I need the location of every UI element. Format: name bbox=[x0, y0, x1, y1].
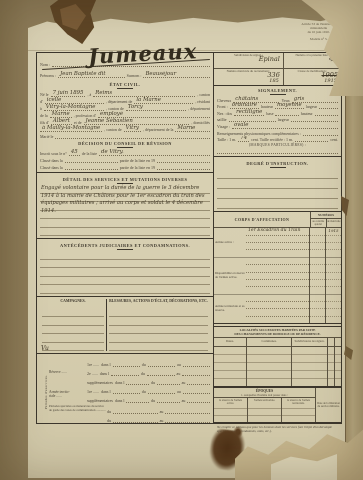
table-cell bbox=[248, 408, 281, 415]
etat-civil-line: Né le7 juin 1895, àReims, canton bbox=[40, 90, 210, 97]
table-cell bbox=[310, 258, 325, 265]
periode-row: 1re ......dans lduau bbox=[87, 358, 210, 367]
table-cell bbox=[310, 250, 325, 257]
left-column: Jumeaux Nom : Prénoms : Jean Baptiste di… bbox=[37, 53, 214, 423]
table-cell bbox=[214, 415, 247, 422]
periode-row: supplémentairesdans lduau bbox=[87, 394, 210, 403]
archival-photo-of-military-register-sheet: Article 53 de l'instruction ministériell… bbox=[0, 0, 363, 480]
field-rule bbox=[113, 408, 158, 414]
corps-row bbox=[246, 258, 309, 265]
table-cell bbox=[214, 355, 246, 363]
conseil-line: Inscrit sous le n°45de la listede Vitry. bbox=[40, 149, 210, 156]
printed-label: au bbox=[177, 362, 181, 367]
periodes-groups: Réserve ...... Armée territo- riale ....… bbox=[49, 358, 87, 403]
printed-label: Classé dans la bbox=[40, 165, 63, 170]
ruled-line bbox=[42, 317, 104, 326]
dates-header: Dates. bbox=[214, 338, 246, 347]
degre-instruction-heading: DEGRÉ D'INSTRUCTION. bbox=[217, 161, 338, 168]
field-rule bbox=[65, 164, 118, 170]
blank-field-line bbox=[217, 147, 338, 154]
epoques-grid: ÉPOQUES 1. auxquelles l'homme doit passe… bbox=[214, 388, 341, 422]
handwritten-value: 74 bbox=[238, 136, 249, 142]
etat-civil-line: fils d'Albertet deJeanne Sébastien, domi… bbox=[40, 118, 210, 125]
prenoms-value: Jean Baptiste dit bbox=[58, 72, 125, 78]
table-cell bbox=[326, 302, 341, 309]
subdivision-box: Subdivision de région : Épinal bbox=[214, 53, 284, 69]
periode-row: 1re ......dans lduau bbox=[87, 385, 210, 394]
periode-row: 2e ......dans lduau bbox=[87, 367, 210, 376]
handwritten-value: ovale bbox=[232, 123, 338, 129]
periode-row: supplémentairesdans lduau bbox=[87, 376, 210, 385]
antecedents-heading: ANTÉCÉDENTS JUDICIAIRES ET CONDAMNATIONS… bbox=[40, 243, 210, 250]
localites-grid: Dates. Communes. Subdivisions de région. bbox=[214, 337, 341, 386]
table-cell bbox=[214, 371, 246, 379]
special-period-row: duau bbox=[107, 414, 210, 423]
ruled-line bbox=[109, 309, 208, 318]
ruled-line bbox=[217, 169, 338, 179]
ruled-line bbox=[42, 343, 104, 352]
dates-column: Dates. bbox=[214, 338, 247, 386]
printed-label: au bbox=[177, 389, 181, 394]
printed-label: du bbox=[141, 371, 145, 376]
table-cell bbox=[335, 363, 341, 371]
table-cell bbox=[310, 228, 325, 235]
matricule-entry: 1915 bbox=[326, 228, 341, 235]
etat-civil-line: à Mailly-la-Montagne, canton deVitry, dé… bbox=[40, 125, 210, 132]
corps-row bbox=[246, 250, 309, 256]
table-cell bbox=[247, 363, 291, 371]
table-cell bbox=[326, 317, 341, 323]
prenoms-field: Prénoms : Jean Baptiste dit Surnom : Bea… bbox=[40, 71, 210, 78]
territoriale-label: Armée territoriale et sa réserve. bbox=[214, 295, 246, 324]
table-cell bbox=[310, 236, 325, 243]
table-cell bbox=[326, 258, 341, 265]
armee-active-group: Armée active : 1er Escadron du Train bbox=[214, 228, 309, 258]
table-cell bbox=[310, 280, 325, 287]
corps-row bbox=[246, 302, 309, 309]
table-cell bbox=[326, 287, 341, 294]
printed-label: hauteur bbox=[301, 111, 313, 116]
field-rule bbox=[111, 370, 139, 376]
nom-label: Nom : bbox=[40, 62, 50, 67]
table-cell bbox=[328, 379, 334, 386]
ruled-line bbox=[217, 199, 338, 209]
ink-stain-small bbox=[233, 426, 243, 438]
periodes-special-block: Périodes spéciales ou manœuvres du servi… bbox=[49, 405, 210, 423]
corps-row bbox=[246, 243, 309, 250]
printed-label: Renseignements physionomiques complément… bbox=[217, 131, 301, 136]
matricule-subheader: de matricule bbox=[327, 219, 342, 227]
printed-label: du bbox=[142, 389, 146, 394]
table-cell bbox=[310, 317, 325, 323]
narrow-column bbox=[328, 338, 335, 386]
printed-label: au bbox=[160, 409, 164, 414]
printed-label: au bbox=[177, 371, 181, 376]
printed-label: 1re ...... bbox=[87, 362, 99, 367]
etat-civil-line: d'icelle, département dela Marne, résida… bbox=[40, 97, 210, 104]
corps-row bbox=[246, 236, 309, 243]
table-cell bbox=[310, 302, 325, 309]
table-cell bbox=[326, 273, 341, 280]
ruled-line bbox=[40, 285, 210, 294]
signalement-section: SIGNALEMENT. CheveuxchâtainsYeuxgris Fro… bbox=[214, 86, 341, 154]
etat-civil-line: àVitry-la-Montagne, canton deTorcy, dépa… bbox=[40, 104, 210, 111]
table-cell bbox=[214, 379, 246, 386]
field-rule bbox=[113, 388, 140, 394]
periodes-grid: Réserve ...... Armée territo- riale ....… bbox=[49, 358, 210, 403]
field-rule bbox=[303, 130, 338, 136]
table-cell bbox=[292, 347, 326, 355]
section-divider bbox=[37, 238, 213, 239]
table-cell bbox=[292, 371, 326, 379]
table-cell bbox=[335, 379, 341, 386]
printed-label: saillie bbox=[217, 117, 227, 122]
section-divider bbox=[37, 172, 213, 173]
localites-title-line: DES CHANGEMENTS DE DOMICILE OU DE RÉSIDE… bbox=[214, 332, 341, 336]
field-rule bbox=[157, 164, 210, 170]
printed-label: Taille : 1 m. bbox=[217, 137, 236, 142]
localites-title: LOCALITÉS SUCCESSIVES HABITÉES PAR SUITE… bbox=[214, 327, 341, 337]
table-cell bbox=[214, 347, 246, 355]
reserve-territoriale-column: la réserve de l'armée territoriale. bbox=[282, 398, 315, 422]
corps-title: CORPS D'AFFECTATION bbox=[214, 212, 310, 227]
table-cell bbox=[328, 355, 334, 363]
table-cell bbox=[292, 355, 326, 363]
corps-row bbox=[246, 295, 309, 302]
printed-label: dans l bbox=[101, 362, 110, 367]
field-rule bbox=[315, 110, 338, 116]
group-rows: 1er Escadron du Train bbox=[246, 228, 309, 257]
ruled-line bbox=[109, 326, 208, 335]
armee-active-label: Armée active : bbox=[214, 228, 246, 257]
ruled-line bbox=[217, 189, 338, 199]
signalement-line: saillielargeur bbox=[217, 116, 338, 123]
printed-label: Marié le bbox=[40, 134, 53, 139]
conseil-revision-heading: DÉCISION DU CONSEIL DE RÉVISION bbox=[40, 141, 210, 148]
field-rule bbox=[165, 408, 210, 414]
printed-label: 1re ...... bbox=[87, 389, 99, 394]
corps-table-body: Armée active : 1er Escadron du Train Dis… bbox=[214, 228, 341, 323]
ruled-line bbox=[40, 228, 210, 237]
document-sheet: Article 53 de l'instruction ministériell… bbox=[28, 16, 346, 478]
handwritten-value: moyenne bbox=[275, 103, 304, 109]
printed-label: largeur bbox=[306, 104, 317, 109]
field-rule bbox=[319, 103, 338, 109]
table-cell bbox=[328, 371, 334, 379]
disponibilite-group: Disponibilité et réserve de l'armée acti… bbox=[214, 258, 309, 295]
conseil-line: Classé dans lapartie de la liste en 19 bbox=[40, 163, 210, 170]
disponibilite-label: Disponibilité et réserve de l'armée acti… bbox=[214, 258, 246, 294]
corps-affectation-table: CORPS D'AFFECTATION NUMÉROS au contrôle … bbox=[214, 211, 341, 324]
table-cell bbox=[292, 379, 326, 386]
printed-label: Front : bbox=[217, 104, 228, 109]
printed-label: dans l bbox=[100, 371, 109, 376]
corps-table-header: CORPS D'AFFECTATION NUMÉROS au contrôle … bbox=[214, 212, 341, 228]
field-rule bbox=[113, 361, 140, 367]
table-cell bbox=[326, 265, 341, 272]
table-cell bbox=[214, 408, 247, 415]
special-period-rows: duau duau bbox=[107, 405, 210, 423]
etat-civil-line: de laMarne, profession d'employé bbox=[40, 111, 210, 118]
matricule-value-2: 185 bbox=[269, 78, 279, 84]
table-cell bbox=[214, 363, 246, 371]
corps-row bbox=[246, 287, 309, 293]
printed-label: partie de la liste en 19 bbox=[120, 165, 155, 170]
ruled-line bbox=[109, 317, 208, 326]
subdivisions-column: Subdivisions de région. bbox=[292, 338, 327, 386]
table-cell bbox=[310, 287, 325, 294]
field-rule bbox=[187, 379, 210, 385]
reserve-group-label: Réserve ...... bbox=[49, 358, 87, 385]
ruled-line bbox=[42, 334, 104, 343]
table-cell bbox=[328, 363, 334, 371]
table-cell bbox=[335, 347, 341, 355]
periodes-side-label: Périodes d'exercices. bbox=[44, 360, 48, 424]
table-cell bbox=[326, 295, 341, 302]
table-cell bbox=[292, 363, 326, 371]
header-boxes: Subdivision de région : Épinal Numéro à … bbox=[214, 53, 341, 86]
field-rule bbox=[126, 397, 149, 403]
field-rule bbox=[183, 388, 210, 394]
services-entries: Engagé volontaire pour la durée de la gu… bbox=[40, 185, 210, 236]
classe-mobilisation-box: Classe de mobilisation : 1905 1915 bbox=[284, 69, 341, 85]
corps-main-column: Armée active : 1er Escadron du Train Dis… bbox=[214, 228, 309, 323]
printed-label: dans l bbox=[115, 398, 124, 403]
table-cell bbox=[310, 265, 325, 272]
printed-label: Cheveux bbox=[217, 98, 231, 103]
printed-label: 2e ...... bbox=[87, 371, 98, 376]
ruled-line bbox=[40, 251, 210, 260]
field-rule bbox=[148, 388, 175, 394]
numeros-subheaders: au contrôle spécial de matricule bbox=[311, 219, 341, 227]
field-rule bbox=[147, 370, 175, 376]
numeros-header: NUMÉROS au contrôle spécial de matricule bbox=[310, 212, 341, 227]
table-cell bbox=[335, 355, 341, 363]
right-column: Subdivision de région : Épinal Numéro à … bbox=[214, 53, 341, 423]
territoriale-group: Armée territoriale et sa réserve. bbox=[214, 295, 309, 324]
conseil-line: Classé dans lapartie de la liste en 19 bbox=[40, 156, 210, 163]
communes-header: Communes. bbox=[247, 338, 291, 347]
printed-label: au bbox=[182, 380, 186, 385]
narrow-header bbox=[335, 338, 341, 347]
handwritten-mark: Vu bbox=[41, 345, 49, 352]
matricule-column: 1915 bbox=[325, 228, 341, 323]
communes-column: Communes. bbox=[247, 338, 292, 386]
field-rule bbox=[148, 361, 175, 367]
printed-label: Nez : dos bbox=[217, 111, 232, 116]
corps-row: 1er Escadron du Train bbox=[246, 228, 309, 235]
document-frame: Jumeaux Nom : Prénoms : Jean Baptiste di… bbox=[36, 52, 342, 424]
field-rule bbox=[291, 116, 338, 122]
ruled-line bbox=[42, 326, 104, 335]
field-rule bbox=[157, 397, 180, 403]
marie-le-line: Marié le bbox=[40, 132, 210, 139]
table-cell bbox=[247, 379, 291, 386]
services-handwritten-entry: Engagé volontaire pour la durée de la gu… bbox=[40, 185, 210, 215]
reserve-territoriale-header: la réserve de l'armée territoriale. bbox=[282, 398, 315, 408]
section-divider bbox=[214, 156, 341, 157]
territoriale-group-label-1: Armée territo- bbox=[49, 385, 87, 394]
signalement-line: Nez : dosrectilignebasehauteur bbox=[217, 109, 338, 116]
liberation-date-column: Date de la libération du service militai… bbox=[315, 388, 341, 422]
controle-special-column bbox=[309, 228, 325, 323]
corps-entry-handwritten: 1er Escadron du Train bbox=[248, 228, 300, 233]
corps-row bbox=[246, 317, 309, 323]
field-rule bbox=[157, 379, 180, 385]
field-rule bbox=[187, 397, 210, 403]
printed-label: du bbox=[107, 409, 111, 414]
printed-label: largeur bbox=[278, 117, 289, 122]
table-cell bbox=[310, 273, 325, 280]
epoques-columns: la réserve de l'armée active. l'armée te… bbox=[214, 397, 315, 422]
territoriale-column: l'armée territoriale. bbox=[248, 398, 282, 422]
epoques-left: ÉPOQUES 1. auxquelles l'homme doit passe… bbox=[214, 388, 315, 422]
signalement-line: CheveuxchâtainsYeuxgris bbox=[217, 96, 338, 103]
prenoms-label: Prénoms : bbox=[40, 73, 56, 78]
corps-row bbox=[246, 265, 309, 272]
table-cell bbox=[335, 371, 341, 379]
numeros-label: NUMÉROS bbox=[311, 212, 341, 219]
group-rows bbox=[246, 258, 309, 294]
ruled-line bbox=[109, 334, 208, 343]
localites-table: LOCALITÉS SUCCESSIVES HABITÉES PAR SUITE… bbox=[214, 326, 341, 387]
handwritten-value: rectiligne bbox=[234, 110, 264, 116]
signalement-line: Front :ordinairehauteurmoyennelargeur bbox=[217, 103, 338, 110]
printed-label: dans l bbox=[101, 389, 110, 394]
printed-label: cent. Taille rectifiée : 1 m. bbox=[251, 137, 293, 142]
reserve-active-header: la réserve de l'armée active. bbox=[214, 398, 247, 408]
table-cell bbox=[326, 280, 341, 287]
field-rule bbox=[183, 361, 210, 367]
ruled-line bbox=[40, 268, 210, 277]
table-cell bbox=[247, 371, 291, 379]
ruled-line bbox=[40, 260, 210, 269]
signalement-line: Renseignements physionomiques complément… bbox=[217, 129, 338, 136]
narrow-header bbox=[328, 338, 334, 347]
field-rule bbox=[113, 417, 158, 423]
printed-label: au bbox=[160, 418, 164, 423]
field-rule bbox=[126, 379, 149, 385]
subdivisions-header: Subdivisions de région. bbox=[292, 338, 326, 347]
field-rule bbox=[217, 148, 338, 154]
table-cell bbox=[310, 295, 325, 302]
blessures-header: BLESSURES, ACTIONS D'ÉCLAT, DÉCORATIONS,… bbox=[109, 299, 208, 309]
campagnes-table: CAMPAGNES. Vu BLESSURES, ACTIONS D'ÉCLAT… bbox=[40, 299, 210, 352]
field-rule bbox=[182, 370, 210, 376]
territoriale-group-label-2: riale ...... bbox=[49, 394, 87, 403]
field-rule bbox=[275, 110, 298, 116]
ruled-line bbox=[40, 277, 210, 286]
printed-label: Visage : bbox=[217, 124, 230, 129]
table-cell bbox=[248, 415, 281, 422]
printed-label: dans l bbox=[115, 380, 124, 385]
territoriale-header: l'armée territoriale. bbox=[248, 398, 281, 408]
campagnes-header: CAMPAGNES. bbox=[42, 299, 104, 309]
table-cell bbox=[326, 309, 341, 316]
printed-label: cent. bbox=[330, 137, 338, 142]
table-cell bbox=[326, 250, 341, 257]
printed-label: du bbox=[151, 380, 155, 385]
ruled-line bbox=[42, 309, 104, 318]
section-divider bbox=[37, 296, 213, 297]
subdivision-value: Épinal bbox=[259, 55, 280, 63]
services-heading: DÉTAIL DES SERVICES ET MUTATIONS DIVERSE… bbox=[40, 177, 210, 184]
periodes-exercices-section: Périodes d'exercices. Réserve ...... Arm… bbox=[40, 358, 210, 423]
printed-label: hauteur bbox=[261, 104, 273, 109]
special-period-row: duau bbox=[107, 405, 210, 414]
printed-label: au bbox=[182, 398, 186, 403]
printed-label: base bbox=[266, 111, 273, 116]
etat-civil-heading: ÉTAT CIVIL. bbox=[40, 82, 210, 89]
signalement-line: Visage :ovale bbox=[217, 122, 338, 129]
table-cell bbox=[282, 408, 315, 415]
reserve-active-column: la réserve de l'armée active. bbox=[214, 398, 248, 422]
ruled-line bbox=[40, 219, 210, 228]
printed-label: du bbox=[142, 362, 146, 367]
corps-row bbox=[246, 280, 309, 287]
corps-row bbox=[246, 273, 309, 280]
field-rule bbox=[55, 133, 210, 139]
surnom-value: Beauséjour bbox=[143, 72, 210, 78]
periodes-rows: 1re ......dans lduau 2e ......dans lduau… bbox=[87, 358, 210, 403]
table-cell bbox=[310, 243, 325, 250]
printed-label: supplémentaires bbox=[87, 398, 113, 403]
narrow-column bbox=[335, 338, 341, 386]
table-cell bbox=[247, 355, 291, 363]
table-cell bbox=[310, 309, 325, 316]
corps-row bbox=[246, 309, 309, 316]
table-cell bbox=[328, 347, 334, 355]
controle-special-subheader: au contrôle spécial bbox=[311, 219, 327, 227]
table-cell bbox=[282, 415, 315, 422]
group-rows bbox=[246, 295, 309, 324]
surnom-label: Surnom : bbox=[127, 73, 142, 78]
section-divider bbox=[37, 353, 213, 354]
table-cell bbox=[247, 347, 291, 355]
field-rule bbox=[165, 417, 210, 423]
degre-instruction-section: DEGRÉ D'INSTRUCTION. bbox=[214, 159, 341, 209]
table-cell bbox=[326, 236, 341, 243]
printed-label: supplémentaires bbox=[87, 380, 113, 385]
ruled-line bbox=[109, 343, 208, 352]
name-block: Jumeaux Nom : Prénoms : Jean Baptiste di… bbox=[40, 54, 210, 80]
special-periods-label: Périodes spéciales ou manœuvres du servi… bbox=[49, 405, 107, 423]
signalement-line: Taille : 1 m.74cent. Taille rectifiée : … bbox=[217, 136, 338, 143]
printed-label: du bbox=[107, 418, 111, 423]
ruled-line bbox=[217, 179, 338, 189]
blessures-column: BLESSURES, ACTIONS D'ÉCLAT, DÉCORATIONS,… bbox=[107, 299, 210, 352]
printed-label: du bbox=[151, 398, 155, 403]
matricule-box: Numéro matricule du recrutement : 336 18… bbox=[214, 69, 284, 85]
field-rule bbox=[295, 136, 328, 142]
table-cell bbox=[326, 243, 341, 250]
campagnes-column: CAMPAGNES. Vu bbox=[40, 299, 107, 352]
signalement-heading: SIGNALEMENT. bbox=[217, 88, 338, 95]
